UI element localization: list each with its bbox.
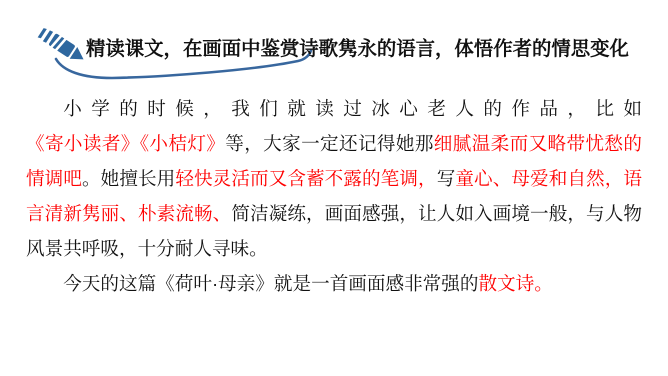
slide: 精读课文，在画面中鉴赏诗歌隽永的语言，体悟作者的情思变化 小学的时候，我们就读过… [0, 0, 668, 376]
text-segment: 写 [437, 168, 456, 189]
text-segment: 今天的这篇《荷叶·母亲》就是一首画面感非常强的 [63, 273, 478, 294]
paragraph: 小学的时候，我们就读过冰心老人的作品，比如《寄小读者》《小桔灯》等，大家一定还记… [26, 91, 642, 266]
text-segment: 轻快灵活而又含蓄不露的笔调， [175, 168, 436, 189]
body-text: 小学的时候，我们就读过冰心老人的作品，比如《寄小读者》《小桔灯》等，大家一定还记… [26, 91, 642, 301]
slide-title: 精读课文，在画面中鉴赏诗歌隽永的语言，体悟作者的情思变化 [86, 33, 629, 61]
text-segment: 等，大家一定还记得她那 [225, 133, 434, 154]
text-segment: 。她擅长用 [82, 168, 175, 189]
text-segment: 散文诗。 [478, 273, 552, 294]
pen-icon [37, 26, 88, 66]
text-segment: 《寄小读者》《小桔灯》 [26, 133, 225, 154]
slide-header: 精读课文，在画面中鉴赏诗歌隽永的语言，体悟作者的情思变化 [0, 0, 668, 90]
paragraph: 今天的这篇《荷叶·母亲》就是一首画面感非常强的散文诗。 [26, 266, 642, 301]
text-segment: 小学的时候，我们就读过冰心老人的作品，比如 [63, 98, 642, 119]
